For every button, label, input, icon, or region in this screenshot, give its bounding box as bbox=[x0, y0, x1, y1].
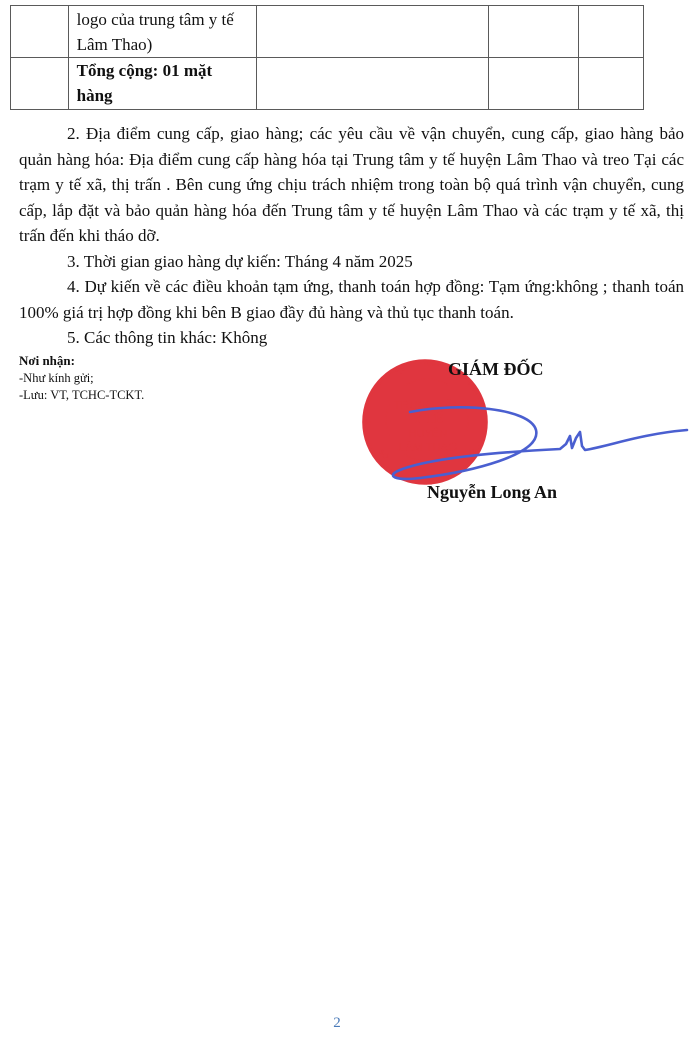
signatory-position: GIÁM ĐỐC bbox=[448, 359, 544, 380]
svg-text:Y: Y bbox=[366, 419, 373, 424]
table-cell bbox=[11, 6, 69, 58]
table-cell bbox=[488, 6, 578, 58]
table-cell bbox=[578, 6, 643, 58]
paragraph-delivery-time: 3. Thời gian giao hàng dự kiến: Tháng 4 … bbox=[19, 249, 684, 275]
table-cell-item-description: logo của trung tâm y tế Lâm Thao) bbox=[68, 6, 257, 58]
signatory-name: Nguyễn Long An bbox=[427, 482, 557, 503]
svg-text:HUYỆN: HUYỆN bbox=[409, 427, 448, 440]
table-cell bbox=[11, 58, 69, 110]
items-table: logo của trung tâm y tế Lâm Thao) Tổng c… bbox=[10, 5, 644, 110]
recipients-title: Nơi nhận: bbox=[19, 352, 144, 370]
recipient-item: -Như kính gửi; bbox=[19, 370, 144, 388]
page-number: 2 bbox=[330, 1015, 344, 1032]
paragraph-payment-terms: 4. Dự kiến về các điều khoản tạm ứng, th… bbox=[19, 274, 684, 325]
recipients-block: Nơi nhận: -Như kính gửi; -Lưu: VT, TCHC-… bbox=[19, 352, 144, 405]
svg-text:LÂM THAO: LÂM THAO bbox=[399, 441, 458, 454]
paragraph-other-info: 5. Các thông tin khác: Không bbox=[19, 325, 684, 351]
table-cell bbox=[488, 58, 578, 110]
svg-text:TỈNH: TỈNH bbox=[423, 359, 439, 368]
table-cell bbox=[578, 58, 643, 110]
paragraph-delivery-location: 2. Địa điểm cung cấp, giao hàng; các yêu… bbox=[19, 121, 684, 249]
svg-text:TRUNG TÂM: TRUNG TÂM bbox=[394, 399, 462, 412]
recipient-item: -Lưu: VT, TCHC-TCKT. bbox=[19, 387, 144, 405]
table-cell bbox=[257, 6, 488, 58]
table-cell-total: Tổng cộng: 01 mặt hàng bbox=[68, 58, 257, 110]
table-row-total: Tổng cộng: 01 mặt hàng bbox=[11, 58, 644, 110]
table-row: logo của trung tâm y tế Lâm Thao) bbox=[11, 6, 644, 58]
table-cell bbox=[257, 58, 488, 110]
document-body: 2. Địa điểm cung cấp, giao hàng; các yêu… bbox=[19, 121, 684, 351]
svg-text:Y TẾ: Y TẾ bbox=[412, 410, 444, 427]
